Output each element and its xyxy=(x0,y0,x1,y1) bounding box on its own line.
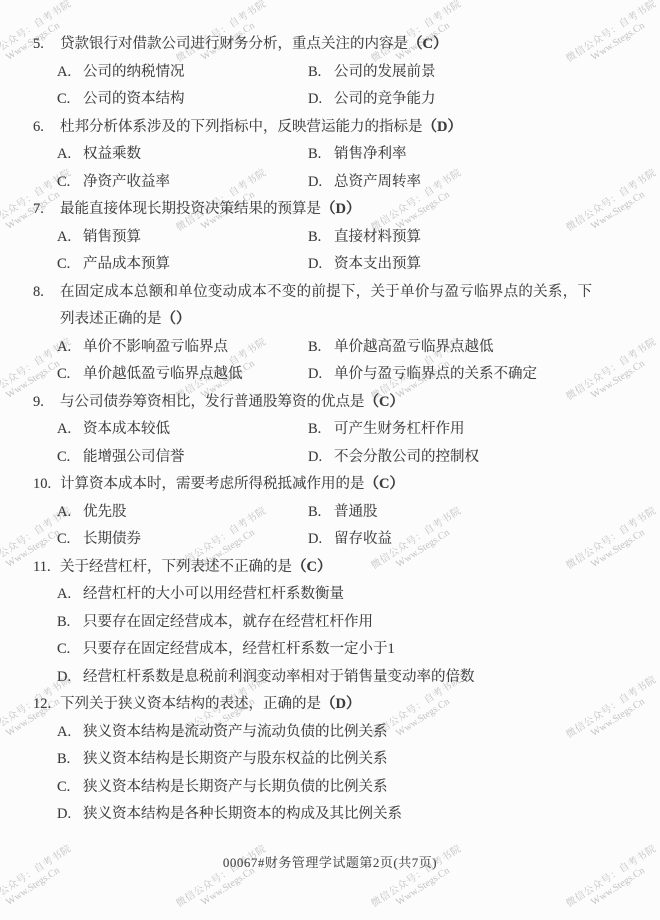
question-answer: （D） xyxy=(321,201,360,217)
option-B: B.普通股 xyxy=(308,499,638,527)
question-stem-text: 关于经营杠杆，下列表述不正确的是 xyxy=(60,559,292,575)
option-letter: B. xyxy=(57,609,83,637)
question-stem-row: 8.在固定成本总额和单位变动成本不变的前提下，关于单价与盈亏临界点的关系，下列表… xyxy=(33,279,638,334)
option-text: 权益乘数 xyxy=(83,141,308,169)
option-B: B.销售净利率 xyxy=(308,141,638,169)
option-letter: D. xyxy=(308,361,334,389)
option-B: B.只要存在固定经营成本，就存在经营杠杆作用 xyxy=(57,609,638,637)
option-A: A.资本成本较低 xyxy=(57,416,308,444)
question-answer: （D） xyxy=(321,696,360,712)
option-B: B.可产生财务杠杆作用 xyxy=(308,416,638,444)
option-text: 单价越高盈亏临界点越低 xyxy=(334,334,638,362)
option-letter: D. xyxy=(308,444,334,472)
question-10: 10.计算资本成本时，需要考虑所得税抵减作用的是（C）A.优先股B.普通股C.长… xyxy=(33,471,638,554)
question-12: 12.下列关于狭义资本结构的表述，正确的是（D）A.狭义资本结构是流动资产与流动… xyxy=(33,691,638,829)
option-letter: C. xyxy=(57,774,83,802)
question-stem-text: 在固定成本总额和单位变动成本不变的前提下，关于单价与盈亏临界点的关系，下列表述正… xyxy=(60,284,592,328)
question-number: 6. xyxy=(33,114,60,142)
question-number: 9. xyxy=(33,389,60,417)
option-text: 只要存在固定经营成本，就存在经营杠杆作用 xyxy=(83,609,638,637)
page-footer: 00067#财务管理学试题第2页(共7页) xyxy=(0,852,660,871)
option-letter: A. xyxy=(57,499,83,527)
option-A: A.经营杠杆的大小可以用经营杠杆系数衡量 xyxy=(57,581,638,609)
question-stem: 在固定成本总额和单位变动成本不变的前提下，关于单价与盈亏临界点的关系，下列表述正… xyxy=(60,279,592,334)
option-D: D.经营杠杆系数是息税前利润变动率相对于销售量变动率的倍数 xyxy=(57,664,638,692)
question-stem-row: 10.计算资本成本时，需要考虑所得税抵减作用的是（C） xyxy=(33,471,638,499)
options-grid: A.销售预算B.直接材料预算C.产品成本预算D.资本支出预算 xyxy=(33,224,638,279)
option-B: B.公司的发展前景 xyxy=(308,59,638,87)
option-letter: A. xyxy=(57,416,83,444)
option-A: A.权益乘数 xyxy=(57,141,308,169)
option-text: 公司的发展前景 xyxy=(334,59,638,87)
question-9: 9.与公司债券筹资相比，发行普通股筹资的优点是（C）A.资本成本较低B.可产生财… xyxy=(33,389,638,472)
option-D: D.留存收益 xyxy=(308,526,638,554)
option-text: 优先股 xyxy=(83,499,308,527)
question-stem-row: 12.下列关于狭义资本结构的表述，正确的是（D） xyxy=(33,691,638,719)
watermark-line1: 微信公众号：自考书院 xyxy=(359,837,475,918)
question-stem-text: 计算资本成本时，需要考虑所得税抵减作用的是 xyxy=(60,476,365,492)
question-stem-text: 杜邦分析体系涉及的下列指标中，反映营运能力的指标是 xyxy=(60,119,423,135)
option-A: A.销售预算 xyxy=(57,224,308,252)
options-grid: A.单价不影响盈亏临界点B.单价越高盈亏临界点越低C.单价越低盈亏临界点越低D.… xyxy=(33,334,638,389)
option-text: 公司的竞争能力 xyxy=(334,86,638,114)
option-text: 单价越低盈亏临界点越低 xyxy=(83,361,308,389)
option-C: C.单价越低盈亏临界点越低 xyxy=(57,361,308,389)
option-letter: B. xyxy=(308,141,334,169)
option-C: C.净资产收益率 xyxy=(57,169,308,197)
question-stem: 与公司债券筹资相比，发行普通股筹资的优点是（C） xyxy=(60,389,592,417)
question-stem: 计算资本成本时，需要考虑所得税抵减作用的是（C） xyxy=(60,471,592,499)
question-answer: （C） xyxy=(365,394,404,410)
question-number: 12. xyxy=(33,691,60,719)
question-stem-text: 下列关于狭义资本结构的表述，正确的是 xyxy=(60,696,321,712)
option-letter: D. xyxy=(57,664,83,692)
options-grid: A.公司的纳税情况B.公司的发展前景C.公司的资本结构D.公司的竞争能力 xyxy=(33,59,638,114)
option-letter: B. xyxy=(308,416,334,444)
option-text: 狭义资本结构是各种长期资本的构成及其比例关系 xyxy=(83,801,638,829)
question-number: 8. xyxy=(33,279,60,334)
option-text: 狭义资本结构是流动资产与流动负债的比例关系 xyxy=(83,719,638,747)
option-letter: C. xyxy=(57,251,83,279)
question-number: 10. xyxy=(33,471,60,499)
option-D: D.资本支出预算 xyxy=(308,251,638,279)
option-letter: A. xyxy=(57,334,83,362)
question-answer: （C） xyxy=(408,36,447,52)
question-5: 5.贷款银行对借款公司进行财务分析，重点关注的内容是（C）A.公司的纳税情况B.… xyxy=(33,31,638,114)
option-letter: A. xyxy=(57,719,83,747)
option-text: 经营杠杆的大小可以用经营杠杆系数衡量 xyxy=(83,581,638,609)
option-letter: D. xyxy=(57,801,83,829)
option-letter: C. xyxy=(57,361,83,389)
option-text: 资本成本较低 xyxy=(83,416,308,444)
option-text: 留存收益 xyxy=(334,526,638,554)
option-A: A.单价不影响盈亏临界点 xyxy=(57,334,308,362)
option-letter: C. xyxy=(57,86,83,114)
watermark: 微信公众号：自考书院Www.Stegs.Cn xyxy=(164,837,286,920)
option-A: A.狭义资本结构是流动资产与流动负债的比例关系 xyxy=(57,719,638,747)
options-list: A.狭义资本结构是流动资产与流动负债的比例关系B.狭义资本结构是长期资产与股东权… xyxy=(33,719,638,829)
option-text: 总资产周转率 xyxy=(334,169,638,197)
option-letter: A. xyxy=(57,581,83,609)
option-A: A.公司的纳税情况 xyxy=(57,59,308,87)
question-stem-row: 5.贷款银行对借款公司进行财务分析，重点关注的内容是（C） xyxy=(33,31,638,59)
question-stem-row: 9.与公司债券筹资相比，发行普通股筹资的优点是（C） xyxy=(33,389,638,417)
option-text: 公司的纳税情况 xyxy=(83,59,308,87)
option-C: C.狭义资本结构是长期资产与长期负债的比例关系 xyxy=(57,774,638,802)
question-answer: （C） xyxy=(292,559,331,575)
option-letter: C. xyxy=(57,526,83,554)
question-list: 5.贷款银行对借款公司进行财务分析，重点关注的内容是（C）A.公司的纳税情况B.… xyxy=(33,31,638,829)
option-letter: D. xyxy=(308,169,334,197)
option-text: 净资产收益率 xyxy=(83,169,308,197)
option-D: D.不会分散公司的控制权 xyxy=(308,444,638,472)
option-letter: C. xyxy=(57,169,83,197)
option-text: 经营杠杆系数是息税前利润变动率相对于销售量变动率的倍数 xyxy=(83,664,638,692)
question-stem: 最能直接体现长期投资决策结果的预算是（D） xyxy=(60,196,592,224)
question-stem-text: 与公司债券筹资相比，发行普通股筹资的优点是 xyxy=(60,394,365,410)
question-stem-row: 6.杜邦分析体系涉及的下列指标中，反映营运能力的指标是（D） xyxy=(33,114,638,142)
option-letter: A. xyxy=(57,141,83,169)
option-text: 销售预算 xyxy=(83,224,308,252)
question-answer: （C） xyxy=(365,476,404,492)
option-text: 狭义资本结构是长期资产与长期负债的比例关系 xyxy=(83,774,638,802)
question-stem: 关于经营杠杆，下列表述不正确的是（C） xyxy=(60,554,592,582)
option-text: 普通股 xyxy=(334,499,638,527)
option-C: C.只要存在固定经营成本，经营杠杆系数一定小于1 xyxy=(57,636,638,664)
option-D: D.公司的竞争能力 xyxy=(308,86,638,114)
options-grid: A.资本成本较低B.可产生财务杠杆作用C.能增强公司信誉D.不会分散公司的控制权 xyxy=(33,416,638,471)
watermark: 微信公众号：自考书院Www.Stegs.Cn xyxy=(554,837,660,920)
question-stem-row: 11.关于经营杠杆，下列表述不正确的是（C） xyxy=(33,554,638,582)
exam-page: 微信公众号：自考书院Www.Stegs.Cn微信公众号：自考书院Www.Steg… xyxy=(0,0,660,920)
option-letter: B. xyxy=(308,499,334,527)
option-letter: C. xyxy=(57,444,83,472)
option-text: 可产生财务杠杆作用 xyxy=(334,416,638,444)
question-stem: 杜邦分析体系涉及的下列指标中，反映营运能力的指标是（D） xyxy=(60,114,592,142)
option-letter: B. xyxy=(308,59,334,87)
question-stem-row: 7.最能直接体现长期投资决策结果的预算是（D） xyxy=(33,196,638,224)
watermark: 微信公众号：自考书院Www.Stegs.Cn xyxy=(359,837,481,920)
option-text: 单价与盈亏临界点的关系不确定 xyxy=(334,361,638,389)
option-D: D.单价与盈亏临界点的关系不确定 xyxy=(308,361,638,389)
options-grid: A.权益乘数B.销售净利率C.净资产收益率D.总资产周转率 xyxy=(33,141,638,196)
option-text: 销售净利率 xyxy=(334,141,638,169)
option-letter: D. xyxy=(308,251,334,279)
option-A: A.优先股 xyxy=(57,499,308,527)
option-D: D.总资产周转率 xyxy=(308,169,638,197)
option-B: B.直接材料预算 xyxy=(308,224,638,252)
option-letter: B. xyxy=(308,224,334,252)
question-8: 8.在固定成本总额和单位变动成本不变的前提下，关于单价与盈亏临界点的关系，下列表… xyxy=(33,279,638,389)
option-text: 产品成本预算 xyxy=(83,251,308,279)
option-C: C.长期债券 xyxy=(57,526,308,554)
question-number: 7. xyxy=(33,196,60,224)
option-text: 单价不影响盈亏临界点 xyxy=(83,334,308,362)
option-text: 长期债券 xyxy=(83,526,308,554)
option-letter: B. xyxy=(57,746,83,774)
option-text: 狭义资本结构是长期资产与股东权益的比例关系 xyxy=(83,746,638,774)
option-letter: D. xyxy=(308,86,334,114)
question-6: 6.杜邦分析体系涉及的下列指标中，反映营运能力的指标是（D）A.权益乘数B.销售… xyxy=(33,114,638,197)
option-text: 不会分散公司的控制权 xyxy=(334,444,638,472)
option-text: 公司的资本结构 xyxy=(83,86,308,114)
question-11: 11.关于经营杠杆，下列表述不正确的是（C）A.经营杠杆的大小可以用经营杠杆系数… xyxy=(33,554,638,692)
option-letter: D. xyxy=(308,526,334,554)
option-C: C.公司的资本结构 xyxy=(57,86,308,114)
question-stem-text: 贷款银行对借款公司进行财务分析，重点关注的内容是 xyxy=(60,36,408,52)
option-text: 资本支出预算 xyxy=(334,251,638,279)
option-B: B.单价越高盈亏临界点越低 xyxy=(308,334,638,362)
options-grid: A.优先股B.普通股C.长期债券D.留存收益 xyxy=(33,499,638,554)
watermark-line1: 微信公众号：自考书院 xyxy=(164,837,280,918)
question-number: 11. xyxy=(33,554,60,582)
question-answer: （） xyxy=(162,311,191,327)
question-stem: 贷款银行对借款公司进行财务分析，重点关注的内容是（C） xyxy=(60,31,592,59)
options-list: A.经营杠杆的大小可以用经营杠杆系数衡量B.只要存在固定经营成本，就存在经营杠杆… xyxy=(33,581,638,691)
question-number: 5. xyxy=(33,31,60,59)
option-D: D.狭义资本结构是各种长期资本的构成及其比例关系 xyxy=(57,801,638,829)
question-answer: （D） xyxy=(423,119,462,135)
question-stem-text: 最能直接体现长期投资决策结果的预算是 xyxy=(60,201,321,217)
watermark: 微信公众号：自考书院Www.Stegs.Cn xyxy=(0,837,91,920)
option-letter: C. xyxy=(57,636,83,664)
option-letter: A. xyxy=(57,224,83,252)
option-text: 只要存在固定经营成本，经营杠杆系数一定小于1 xyxy=(83,636,638,664)
option-text: 能增强公司信誉 xyxy=(83,444,308,472)
option-B: B.狭义资本结构是长期资产与股东权益的比例关系 xyxy=(57,746,638,774)
option-letter: B. xyxy=(308,334,334,362)
option-text: 直接材料预算 xyxy=(334,224,638,252)
option-letter: A. xyxy=(57,59,83,87)
question-7: 7.最能直接体现长期投资决策结果的预算是（D）A.销售预算B.直接材料预算C.产… xyxy=(33,196,638,279)
question-stem: 下列关于狭义资本结构的表述，正确的是（D） xyxy=(60,691,592,719)
option-C: C.能增强公司信誉 xyxy=(57,444,308,472)
option-C: C.产品成本预算 xyxy=(57,251,308,279)
